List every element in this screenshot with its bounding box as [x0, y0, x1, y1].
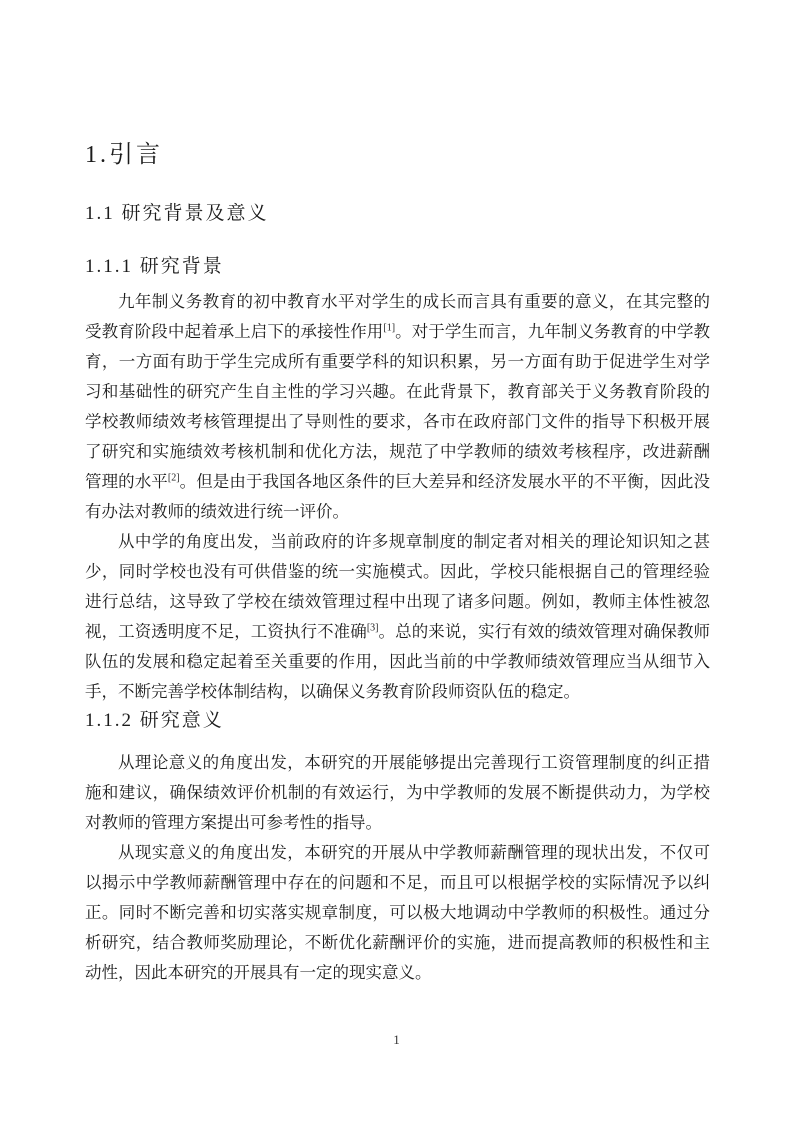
- subsection-heading-significance: 1.1.2 研究意义: [85, 709, 710, 733]
- citation-ref-3: [3]: [367, 623, 379, 634]
- chapter-heading: 1.引言: [85, 142, 710, 168]
- body-paragraph-1: 九年制义务教育的初中教育水平对学生的成长而言具有重要的意义，在其完整的受教育阶段…: [85, 287, 710, 527]
- subsection-heading-background: 1.1.1 研究背景: [85, 255, 710, 279]
- body-paragraph-4: 从现实意义的角度出发，本研究的开展从中学教师薪酬管理的现状出发，不仅可以揭示中学…: [85, 838, 710, 988]
- citation-ref-1: [1]: [383, 323, 395, 334]
- body-paragraph-3: 从理论意义的角度出发，本研究的开展能够提出完善现行工资管理制度的纠正措施和建议，…: [85, 748, 710, 838]
- page-number: 1: [0, 1032, 793, 1048]
- section-heading: 1.1 研究背景及意义: [85, 202, 710, 226]
- body-paragraph-2: 从中学的角度出发，当前政府的许多规章制度的制定者对相关的理论知识知之甚少，同时学…: [85, 527, 710, 707]
- paragraph-text: 。但是由于我国各地区条件的巨大差异和经济发展水平的不平衡，因此没有办法对教师的绩…: [85, 472, 710, 521]
- citation-ref-2: [2]: [168, 473, 180, 484]
- document-page: 1.引言 1.1 研究背景及意义 1.1.1 研究背景 九年制义务教育的初中教育…: [0, 0, 793, 1122]
- paragraph-text: 。对于学生而言，九年制义务教育的中学教育，一方面有助于学生完成所有重要学科的知识…: [85, 322, 710, 491]
